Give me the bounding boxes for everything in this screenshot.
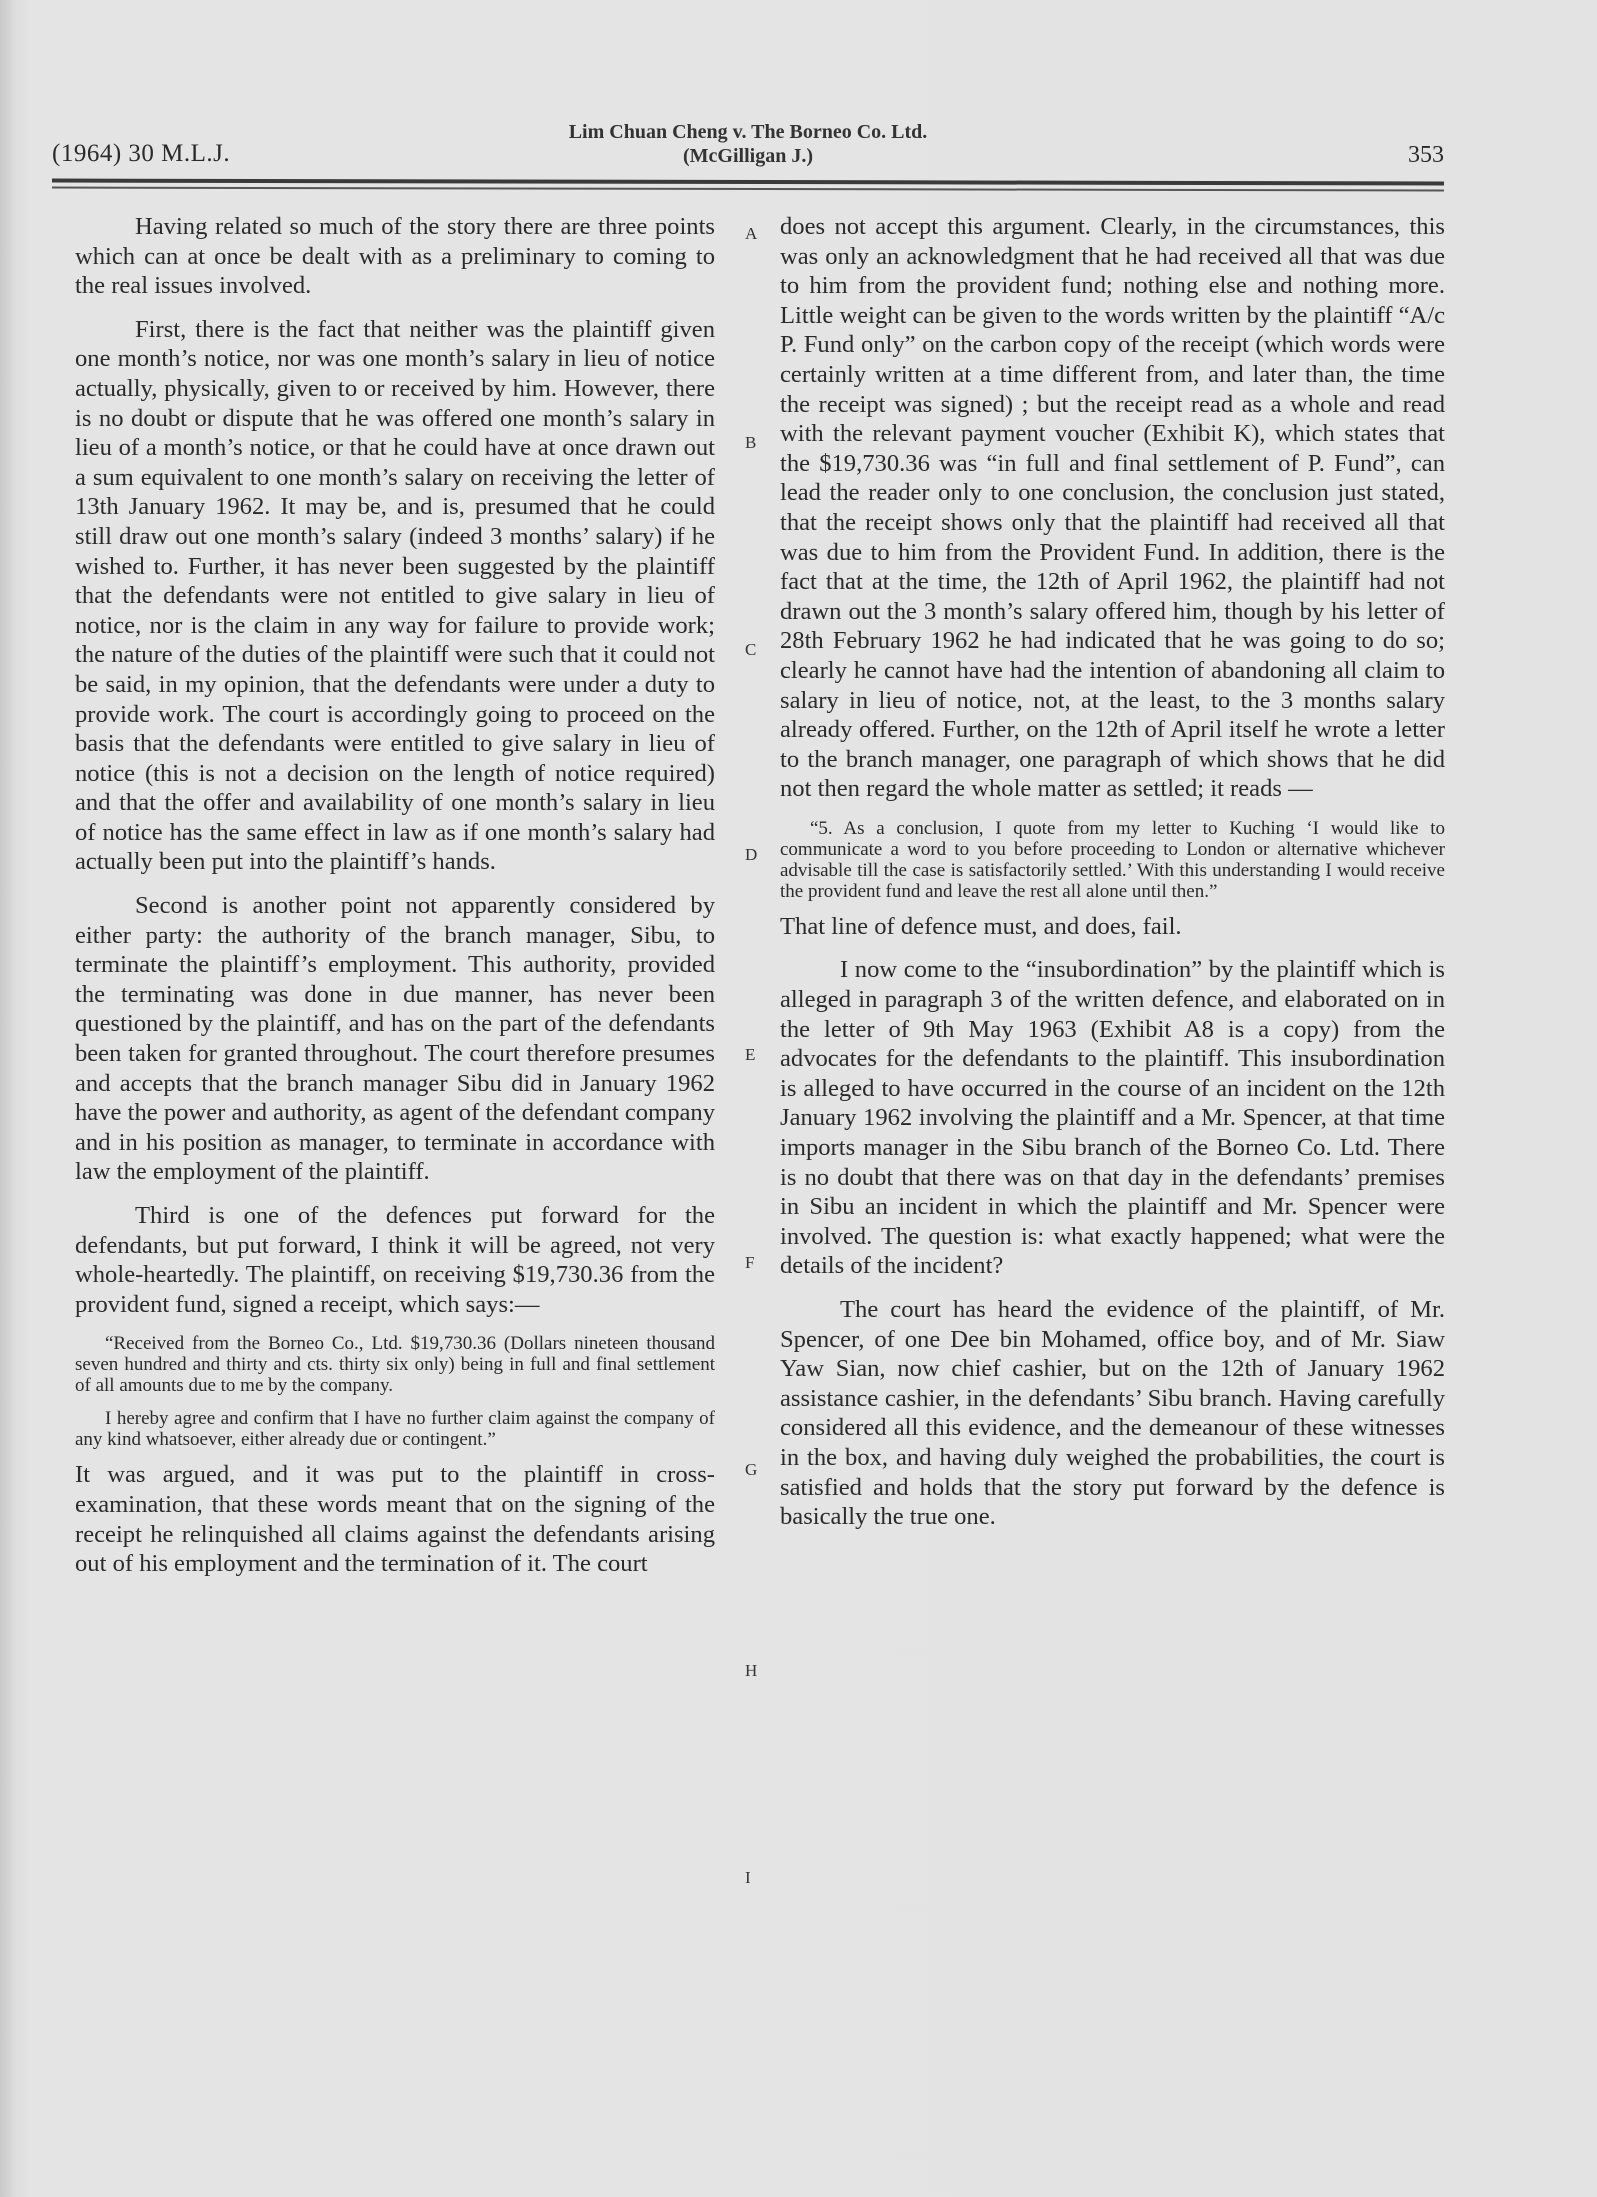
paragraph-argument: It was argued, and it was put to the pla… xyxy=(75,1460,715,1578)
case-title-block: Lim Chuan Cheng v. The Borneo Co. Ltd. (… xyxy=(52,120,1444,168)
case-title: Lim Chuan Cheng v. The Borneo Co. Ltd. xyxy=(52,120,1444,144)
margin-letter-d: D xyxy=(745,845,757,865)
margin-letter-f: F xyxy=(745,1253,754,1273)
running-header: (1964) 30 M.L.J. Lim Chuan Cheng v. The … xyxy=(52,112,1444,172)
header-rule-thin xyxy=(52,187,1444,191)
judge-name: (McGilligan J.) xyxy=(52,144,1444,168)
scanned-page: (1964) 30 M.L.J. Lim Chuan Cheng v. The … xyxy=(0,0,1597,2197)
margin-letter-i: I xyxy=(745,1868,751,1888)
letter-quote: “5. As a conclusion, I quote from my let… xyxy=(780,818,1445,902)
margin-letter-a: A xyxy=(745,224,757,244)
receipt-quote: “Received from the Borneo Co., Ltd. $19,… xyxy=(75,1333,715,1450)
receipt-quote-p2: I hereby agree and confirm that I have n… xyxy=(75,1408,715,1450)
left-column: Having related so much of the story ther… xyxy=(75,212,715,1579)
paragraph-third-point: Third is one of the defences put forward… xyxy=(75,1201,715,1319)
paragraph-evidence: The court has heard the evidence of the … xyxy=(780,1295,1445,1532)
right-column: does not accept this argument. Clearly, … xyxy=(780,212,1445,1532)
paragraph-first-point: First, there is the fact that neither wa… xyxy=(75,315,715,877)
paragraph-preliminary: Having related so much of the story ther… xyxy=(75,212,715,301)
receipt-quote-p1: “Received from the Borneo Co., Ltd. $19,… xyxy=(75,1333,715,1396)
paragraph-second-point: Second is another point not apparently c… xyxy=(75,891,715,1187)
header-rule-thick xyxy=(52,179,1444,186)
paragraph-defence-fails: That line of defence must, and does, fai… xyxy=(780,912,1445,942)
margin-letter-e: E xyxy=(745,1045,755,1065)
paragraph-insubordination: I now come to the “insubordination” by t… xyxy=(780,955,1445,1281)
margin-letter-h: H xyxy=(745,1661,757,1681)
page-number: 353 xyxy=(1408,142,1444,169)
margin-letter-b: B xyxy=(745,433,756,453)
margin-letter-g: G xyxy=(745,1460,757,1480)
paragraph-court-rejects: does not accept this argument. Clearly, … xyxy=(780,212,1445,804)
margin-letter-c: C xyxy=(745,640,756,660)
letter-quote-text: “5. As a conclusion, I quote from my let… xyxy=(780,818,1445,902)
